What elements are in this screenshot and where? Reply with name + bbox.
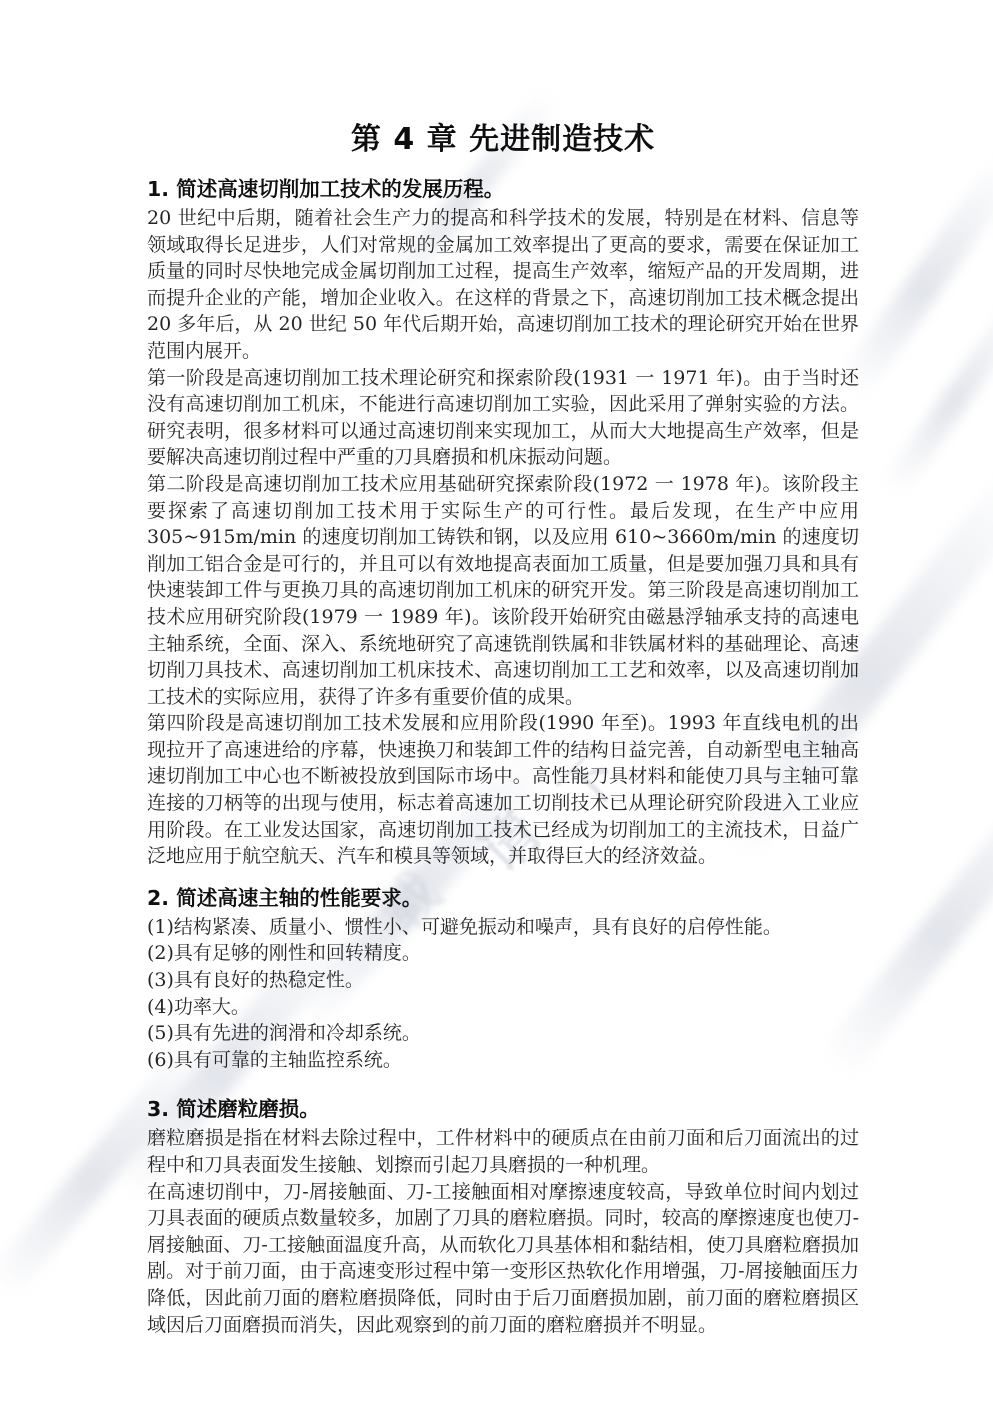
answer-list-item: (2)具有足够的刚性和回转精度。 xyxy=(147,940,859,967)
watermark-streak xyxy=(881,287,993,499)
document-page: 请 下 载 第 4 章 先进制造技术 1. 简述高速切削加工技术的发展历程。 2… xyxy=(0,0,993,1404)
question-3-heading: 3. 简述磨粒磨损。 xyxy=(147,1095,859,1123)
answer-paragraph: 磨粒磨损是指在材料去除过程中，工件材料中的硬质点在由前刀面和后刀面流出的过程中和… xyxy=(147,1125,859,1178)
question-2-heading: 2. 简述高速主轴的性能要求。 xyxy=(147,884,859,912)
question-1-heading: 1. 简述高速切削加工技术的发展历程。 xyxy=(147,175,859,203)
chapter-title: 第 4 章 先进制造技术 xyxy=(147,118,859,162)
answer-paragraph: 第四阶段是高速切削加工技术发展和应用阶段(1990 年至)。1993 年直线电机… xyxy=(147,710,859,870)
document-content: 第 4 章 先进制造技术 1. 简述高速切削加工技术的发展历程。 20 世纪中后… xyxy=(147,118,859,1338)
watermark-streak xyxy=(836,153,993,402)
answer-paragraph: 在高速切削中，刀-屑接触面、刀-工接触面相对摩擦速度较高，导致单位时间内划过刀具… xyxy=(147,1179,859,1339)
answer-list-item: (6)具有可靠的主轴监控系统。 xyxy=(147,1047,859,1074)
answer-list-item: (3)具有良好的热稳定性。 xyxy=(147,967,859,994)
answer-list-item: (4)功率大。 xyxy=(147,994,859,1021)
answer-paragraph: 20 世纪中后期，随着社会生产力的提高和科学技术的发展，特别是在材料、信息等领域… xyxy=(147,205,859,365)
answer-list-item: (1)结构紧凑、质量小、惯性小、可避免振动和噪声，具有良好的启停性能。 xyxy=(147,914,859,941)
answer-list-item: (5)具有先进的润滑和冷却系统。 xyxy=(147,1020,859,1047)
answer-paragraph: 第二阶段是高速切削加工技术应用基础研究探索阶段(1972 一 1978 年)。该… xyxy=(147,471,859,710)
answer-paragraph: 第一阶段是高速切削加工技术理论研究和探索阶段(1931 一 1971 年)。由于… xyxy=(147,365,859,471)
